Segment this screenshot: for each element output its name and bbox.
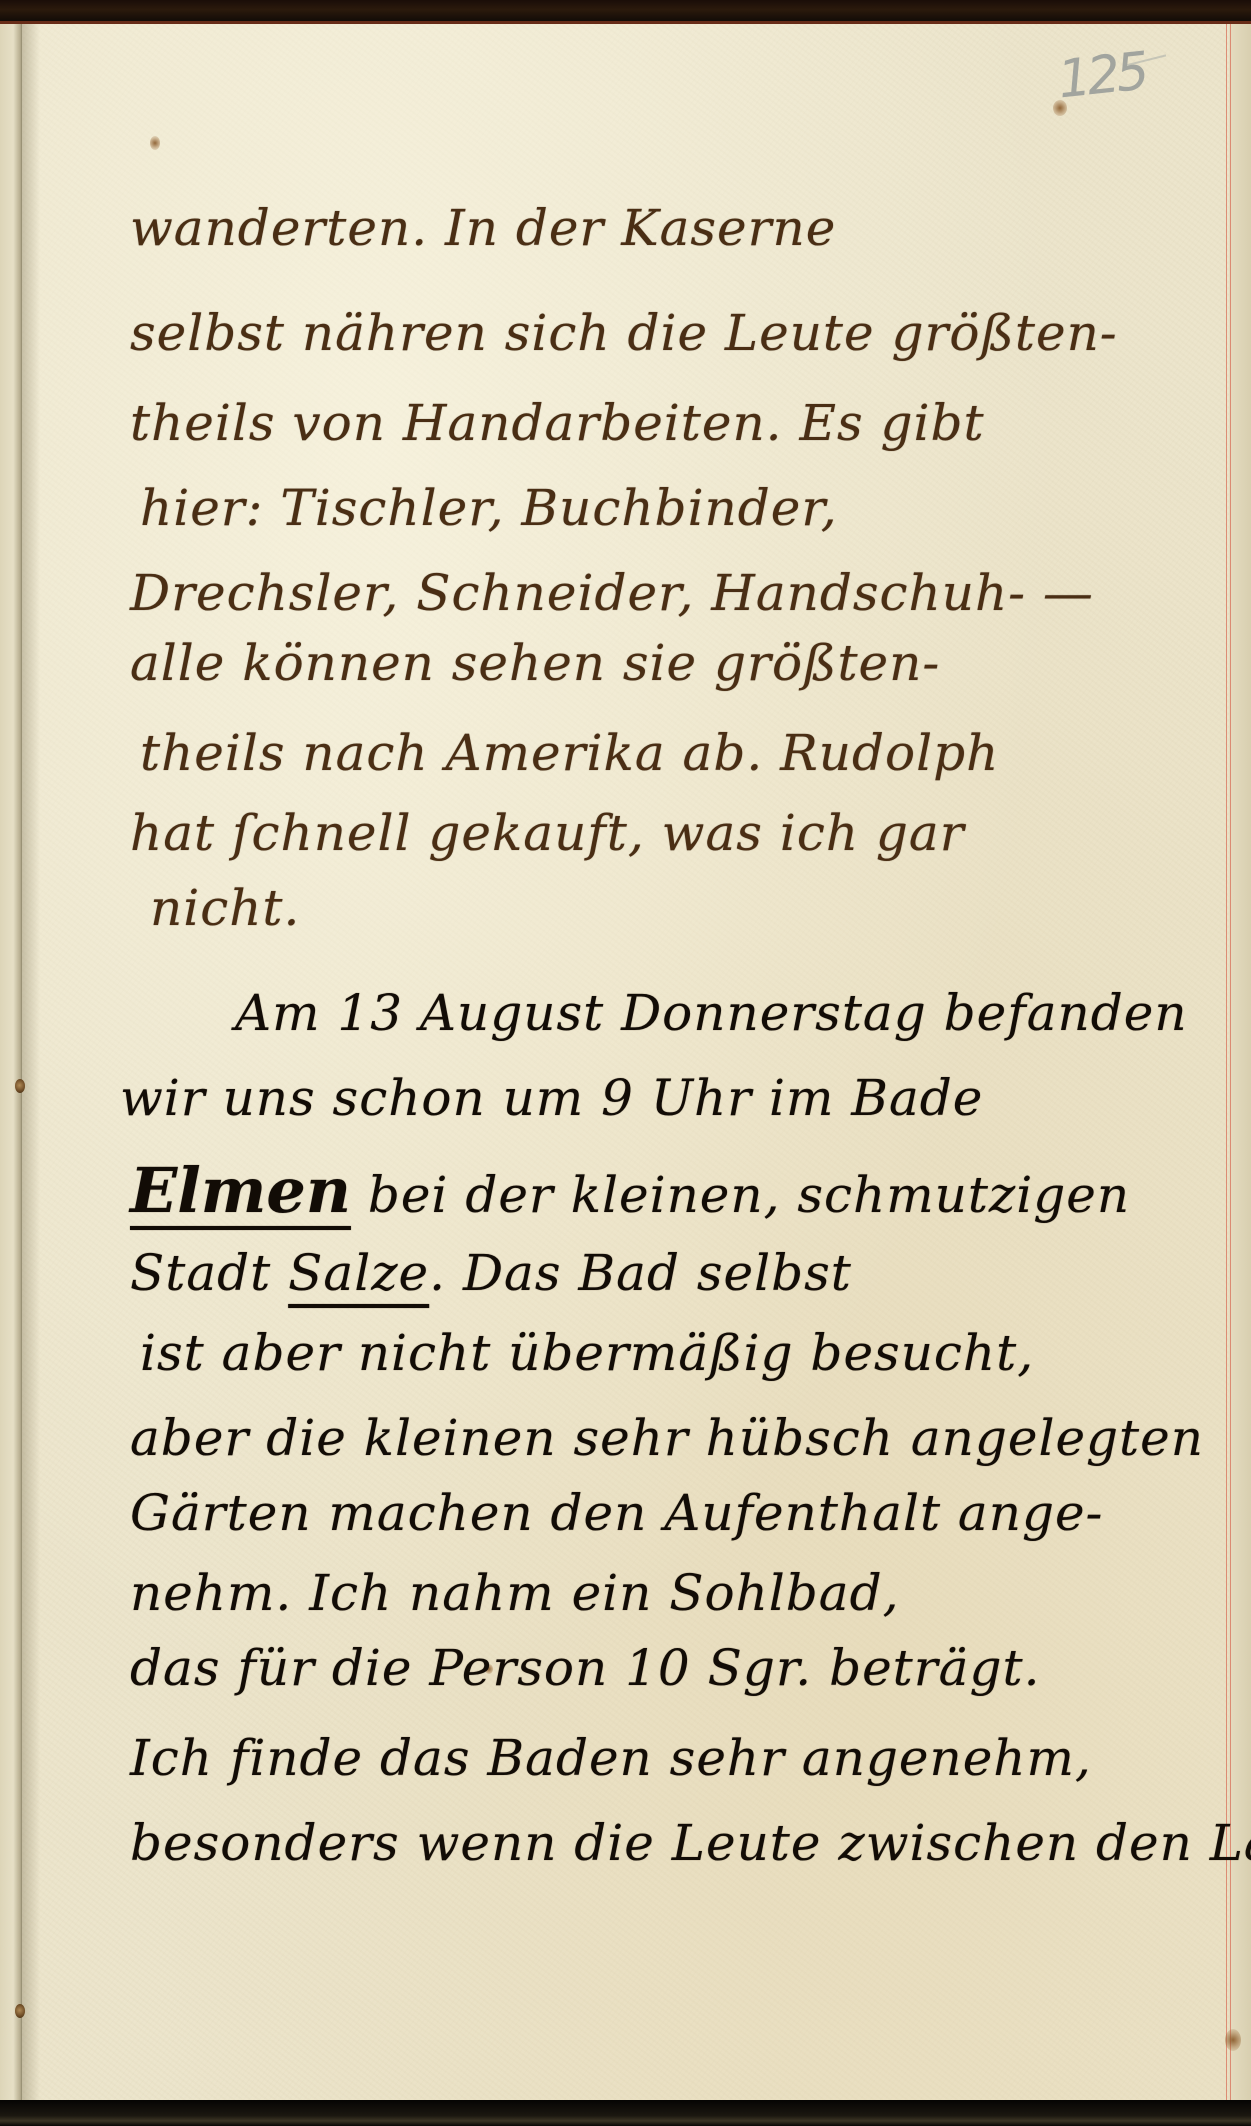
manuscript-line: Gärten machen den Aufenthalt ange-: [130, 1484, 1103, 1542]
manuscript-line: wir uns schon um 9 Uhr im Bade: [120, 1069, 983, 1127]
manuscript-line: das für die Person 10 Sgr. beträgt.: [130, 1639, 1040, 1697]
place-name-elmen: Elmen: [130, 1154, 351, 1227]
manuscript-text: wanderten. In der Kaserne selbst nähren …: [0, 24, 1251, 2100]
manuscript-line: Stadt Salze. Das Bad selbst: [130, 1244, 852, 1302]
manuscript-line: wanderten. In der Kaserne: [130, 199, 836, 257]
place-name-salze: Salze: [288, 1244, 429, 1302]
manuscript-line: Elmen bei der kleinen, schmutzigen: [130, 1154, 1130, 1227]
manuscript-line: Drechsler, Schneider, Handschuh- —: [130, 564, 1094, 622]
manuscript-text: Stadt: [130, 1244, 288, 1302]
manuscript-line: theils nach Amerika ab. Rudolph: [140, 724, 999, 782]
manuscript-line: theils von Handarbeiten. Es gibt: [130, 394, 985, 452]
manuscript-page: 125 wanderten. In der Kaserne selbst näh…: [0, 24, 1251, 2100]
manuscript-line: Am 13 August Donnerstag befanden: [235, 984, 1188, 1042]
manuscript-line: hier: Tischler, Buchbinder,: [140, 479, 838, 537]
manuscript-line: alle können sehen sie größten-: [130, 634, 940, 692]
manuscript-text: bei der kleinen, schmutzigen: [351, 1166, 1130, 1224]
manuscript-line: aber die kleinen sehr hübsch angelegten: [130, 1409, 1204, 1467]
manuscript-scan: 125 wanderten. In der Kaserne selbst näh…: [0, 0, 1251, 2126]
manuscript-line: nicht.: [150, 879, 300, 937]
manuscript-line: nehm. Ich nahm ein Sohlbad,: [130, 1564, 900, 1622]
manuscript-text: . Das Bad selbst: [429, 1244, 852, 1302]
manuscript-line: besonders wenn die Leute zwischen den La…: [130, 1814, 1251, 1872]
manuscript-line: selbst nähren sich die Leute größten-: [130, 304, 1118, 362]
book-binding-top: [0, 0, 1251, 24]
manuscript-line: Ich finde das Baden sehr angenehm,: [130, 1729, 1092, 1787]
book-binding-bottom: [0, 2100, 1251, 2126]
manuscript-line: ist aber nicht übermäßig besucht,: [140, 1324, 1034, 1382]
manuscript-line: hat ſchnell gekauft, was ich gar: [130, 804, 965, 862]
